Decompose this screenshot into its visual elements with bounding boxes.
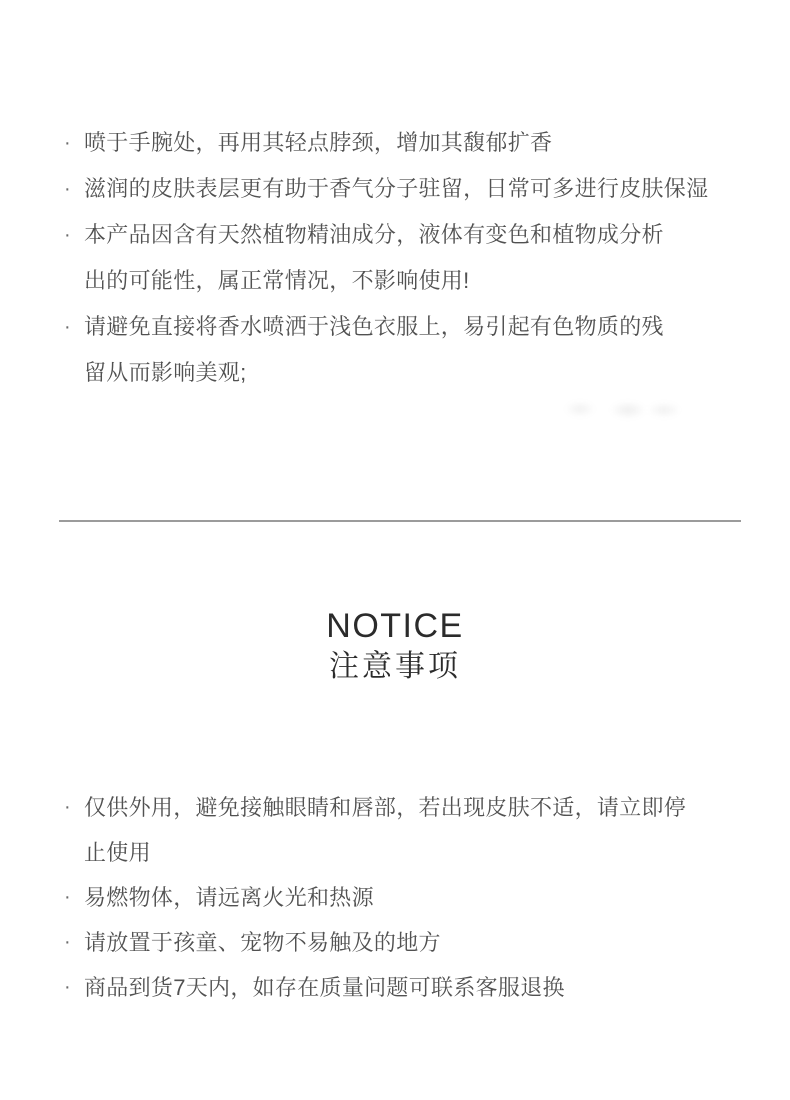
caution-notes-list: ·仅供外用，避免接触眼睛和唇部，若出现皮肤不适，请立即停 止使用·易燃物体，请远… [64,785,686,1010]
note-text: 喷于手腕处，再用其轻点脖颈，增加其馥郁扩香 [84,120,552,166]
note-item: ·仅供外用，避免接触眼睛和唇部，若出现皮肤不适，请立即停 止使用 [64,785,686,875]
note-text: 商品到货7天内，如存在质量问题可联系客服退换 [84,965,565,1010]
note-text: 请放置于孩童、宠物不易触及的地方 [84,920,441,965]
note-item: ·滋润的皮肤表层更有助于香气分子驻留，日常可多进行皮肤保湿 [64,166,708,212]
bullet-dot-icon: · [64,920,84,965]
note-item: ·喷于手腕处，再用其轻点脖颈，增加其馥郁扩香 [64,120,708,166]
notice-title-zh: 注意事项 [0,648,790,686]
faint-smudge-mark [556,392,686,426]
note-text: 滋润的皮肤表层更有助于香气分子驻留，日常可多进行皮肤保湿 [84,166,708,212]
bullet-dot-icon: · [64,212,84,258]
product-notes-page: ·喷于手腕处，再用其轻点脖颈，增加其馥郁扩香·滋润的皮肤表层更有助于香气分子驻留… [0,0,790,1100]
note-item: ·本产品因含有天然植物精油成分，液体有变色和植物成分析 出的可能性，属正常情况，… [64,212,708,304]
note-text: 本产品因含有天然植物精油成分，液体有变色和植物成分析 出的可能性，属正常情况，不… [84,212,664,304]
bullet-dot-icon: · [64,304,84,350]
bullet-dot-icon: · [64,965,84,1010]
note-text: 请避免直接将香水喷洒于浅色衣服上，易引起有色物质的残 留从而影响美观; [84,304,664,396]
bullet-dot-icon: · [64,785,84,830]
note-item: ·请放置于孩童、宠物不易触及的地方 [64,920,686,965]
note-text: 易燃物体，请远离火光和热源 [84,875,374,920]
note-text: 仅供外用，避免接触眼睛和唇部，若出现皮肤不适，请立即停 止使用 [84,785,686,875]
usage-notes-list: ·喷于手腕处，再用其轻点脖颈，增加其馥郁扩香·滋润的皮肤表层更有助于香气分子驻留… [64,120,708,396]
bullet-dot-icon: · [64,875,84,920]
bullet-dot-icon: · [64,166,84,212]
note-item: ·易燃物体，请远离火光和热源 [64,875,686,920]
note-item: ·商品到货7天内，如存在质量问题可联系客服退换 [64,965,686,1010]
note-item: ·请避免直接将香水喷洒于浅色衣服上，易引起有色物质的残 留从而影响美观; [64,304,708,396]
section-divider [59,520,741,522]
bullet-dot-icon: · [64,120,84,166]
notice-section: NOTICE 注意事项 [0,606,790,686]
notice-title-en: NOTICE [0,606,790,646]
